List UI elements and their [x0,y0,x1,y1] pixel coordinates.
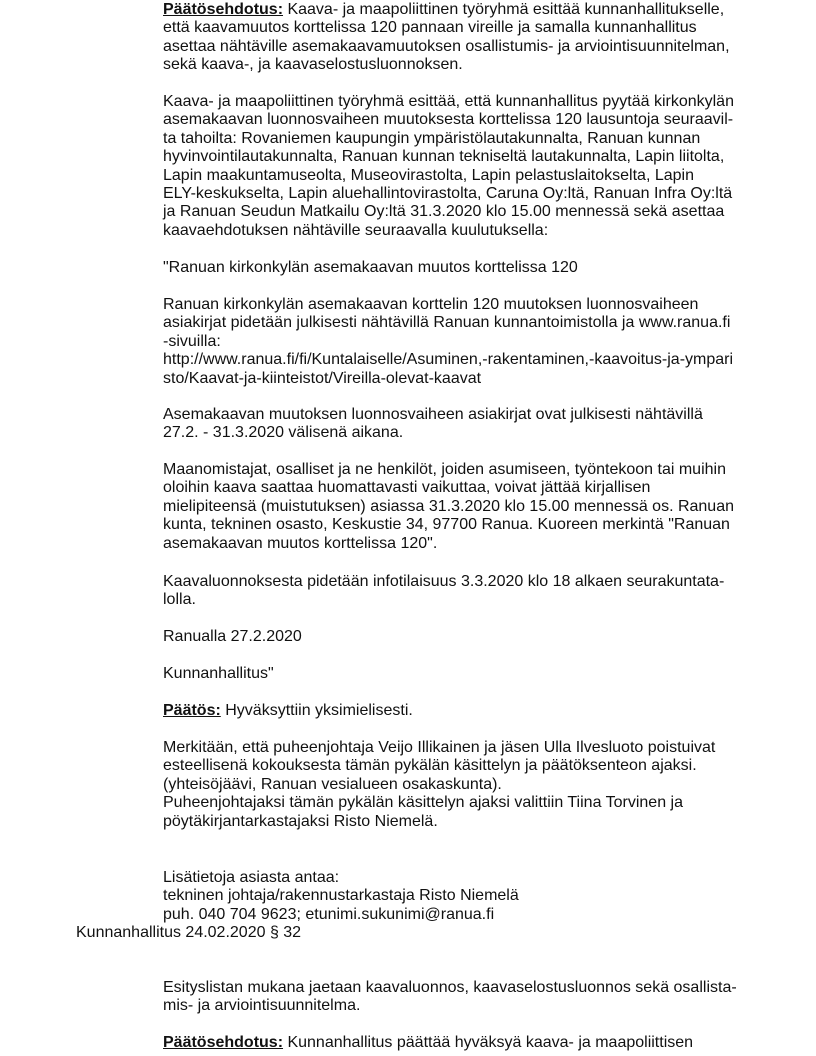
text-line: esteellisenä kokouksesta tämän pykälän k… [163,757,763,775]
viewing-period-paragraph: Asemakaavan muutoksen luonnosvaiheen asi… [163,406,763,443]
landowners-paragraph: Maanomistajat, osalliset ja ne henkilöt,… [163,461,763,553]
text-line: Merkitään, että puheenjohtaja Veijo Illi… [163,739,763,757]
documents-availability-paragraph: Ranuan kirkonkylän asemakaavan korttelin… [163,296,763,388]
document-page: Päätösehdotus: Kaava- ja maapoliittinen … [0,0,816,1056]
text-line: puh. 040 704 9623; etunimi.sukunimi@ranu… [163,906,763,924]
text-line: kunta, tekninen osasto, Keskustie 34, 97… [163,516,763,534]
url-line: sto/Kaavat-ja-kiinteistot/Vireilla-oleva… [163,370,763,388]
text-line: ja Ranuan Seudun Matkailu Oy:ltä 31.3.20… [163,203,763,221]
proposal-label: Päätösehdotus: [163,1,283,18]
text-line: Ranualla 27.2.2020 [163,628,763,646]
text-line: Puheenjohtajaksi tämän pykälän käsittely… [163,794,763,812]
decision-paragraph: Päätös: Hyväksyttiin yksimielisesti. [163,702,763,720]
text-line: Kaava- ja maapoliittinen työryhmä esittä… [163,93,763,111]
text-line: sekä kaava-, ja kaavaselostusluonnoksen. [163,56,763,74]
info-event-paragraph: Kaavaluonnoksesta pidetään infotilaisuus… [163,573,763,610]
text-line: asemakaavan muutos korttelissa 120". [163,535,763,553]
text-line: Ranuan kirkonkylän asemakaavan korttelin… [163,296,763,314]
text-line: 27.2. - 31.3.2020 välisenä aikana. [163,424,763,442]
text-line: mielipiteensä (muistutuksen) asiassa 31.… [163,498,763,516]
decision-label: Päätös: [163,702,221,719]
signature: Kunnanhallitus" [163,665,763,683]
text-line: (yhteisöjäävi, Ranuan vesialueen osakask… [163,776,763,794]
text-line: Lisätietoja asiasta antaa: [163,869,763,887]
text-line: mis- ja arviointisuunnitelma. [163,997,763,1015]
text-line: -sivuilla: [163,333,763,351]
text-line: oloihin kaava saattaa huomattavasti vaik… [163,479,763,497]
text-line: asiakirjat pidetään julkisesti nähtävill… [163,314,763,332]
text-line: asettaa nähtäville asemakaavamuutoksen o… [163,38,763,56]
text-line: Esityslistan mukana jaetaan kaavaluonnos… [163,979,763,997]
text-line: hyvinvointilautakunnalta, Ranuan kunnan … [163,148,763,166]
proposal-paragraph: Päätösehdotus: Kaava- ja maapoliittinen … [163,1,763,75]
text-line: ELY-keskukselta, Lapin aluehallintoviras… [163,185,763,203]
text-line: että kaavamuutos korttelissa 120 pannaan… [163,19,763,37]
text-line: Lapin maakuntamuseolta, Museovirastolta,… [163,167,763,185]
text-line: kaavaehdotuksen nähtäville seuraavalla k… [163,222,763,240]
url-line: http://www.ranua.fi/fi/Kuntalaiselle/Asu… [163,351,763,369]
text-line: "Ranuan kirkonkylän asemakaavan muutos k… [163,259,763,277]
proposal-text: Kaava- ja maapoliittinen työryhmä esittä… [283,1,724,18]
text-line: Kunnanhallitus" [163,665,763,683]
proposal-text: Kunnanhallitus päättää hyväksyä kaava- j… [283,1034,693,1051]
attachments-paragraph: Esityslistan mukana jaetaan kaavaluonnos… [163,979,763,1016]
text-line: ta tahoilta: Rovaniemen kaupungin ympäri… [163,130,763,148]
disqualification-note: Merkitään, että puheenjohtaja Veijo Illi… [163,739,763,831]
place-date: Ranualla 27.2.2020 [163,628,763,646]
statement-request-paragraph: Kaava- ja maapoliittinen työryhmä esittä… [163,93,763,240]
proposal-line-1: Päätösehdotus: Kaava- ja maapoliittinen … [163,1,763,19]
text-line: tekninen johtaja/rakennustarkastaja Rist… [163,887,763,905]
text-line: Maanomistajat, osalliset ja ne henkilöt,… [163,461,763,479]
text-line: asemakaavan luonnosvaiheen muutoksesta k… [163,111,763,129]
decision-line: Päätös: Hyväksyttiin yksimielisesti. [163,702,763,720]
proposal-paragraph-2: Päätösehdotus: Kunnanhallitus päättää hy… [163,1034,763,1052]
text-line: pöytäkirjantarkastajaksi Risto Niemelä. [163,813,763,831]
text-line: lolla. [163,591,763,609]
text-line: Kaavaluonnoksesta pidetään infotilaisuus… [163,573,763,591]
decision-text: Hyväksyttiin yksimielisesti. [221,702,413,719]
proposal-line: Päätösehdotus: Kunnanhallitus päättää hy… [163,1034,763,1052]
contact-info: Lisätietoja asiasta antaa: tekninen joht… [163,869,763,924]
announcement-title: "Ranuan kirkonkylän asemakaavan muutos k… [163,259,763,277]
section-heading: Kunnanhallitus 24.02.2020 § 32 [76,924,301,942]
text-line: Asemakaavan muutoksen luonnosvaiheen asi… [163,406,763,424]
proposal-label: Päätösehdotus: [163,1034,283,1051]
